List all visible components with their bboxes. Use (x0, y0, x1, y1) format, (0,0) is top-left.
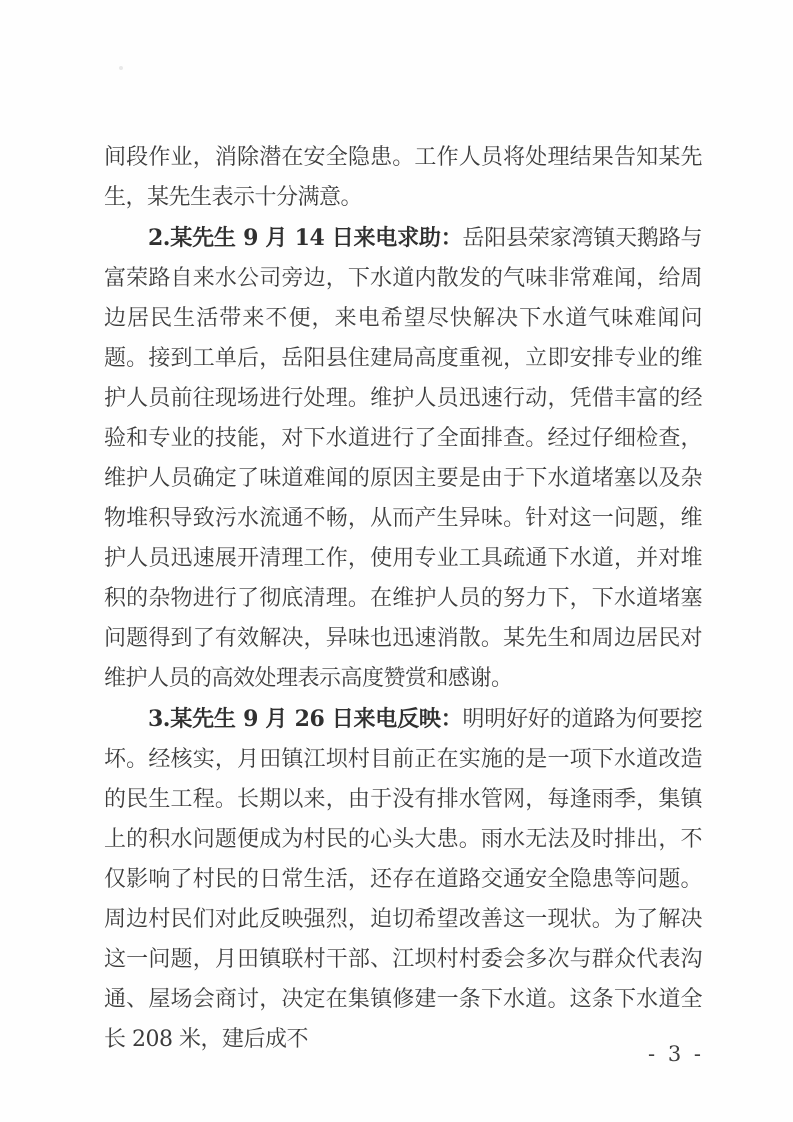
document-page: 间段作业，消除潜在安全隐患。工作人员将处理结果告知某先生，某先生表示十分满意。 … (0, 0, 793, 1122)
paragraph-text: 岳阳县荣家湾镇天鹅路与富荣路自来水公司旁边，下水道内散发的气味非常难闻，给周边居… (104, 226, 702, 691)
paragraph-item-3: 3.某先生 9 月 26 日来电反映：明明好好的道路为何要挖坏。经核实，月田镇江… (104, 699, 702, 1060)
paragraph-lead-bold: 3.某先生 9 月 26 日来电反映： (148, 706, 463, 732)
paragraph-item-2: 2.某先生 9 月 14 日来电求助：岳阳县荣家湾镇天鹅路与富荣路自来水公司旁边… (104, 218, 702, 699)
document-body: 间段作业，消除潜在安全隐患。工作人员将处理结果告知某先生，某先生表示十分满意。 … (104, 138, 702, 1060)
paragraph-text: 明明好好的道路为何要挖坏。经核实，月田镇江坝村目前正在实施的是一项下水道改造的民… (104, 707, 702, 1052)
page-number: - 3 - (626, 1042, 726, 1066)
paragraph-text: 间段作业，消除潜在安全隐患。工作人员将处理结果告知某先生，某先生表示十分满意。 (104, 145, 702, 210)
scan-artifact-speck (119, 66, 123, 70)
paragraph-continuation: 间段作业，消除潜在安全隐患。工作人员将处理结果告知某先生，某先生表示十分满意。 (104, 138, 702, 218)
paragraph-lead-bold: 2.某先生 9 月 14 日来电求助： (148, 225, 463, 251)
